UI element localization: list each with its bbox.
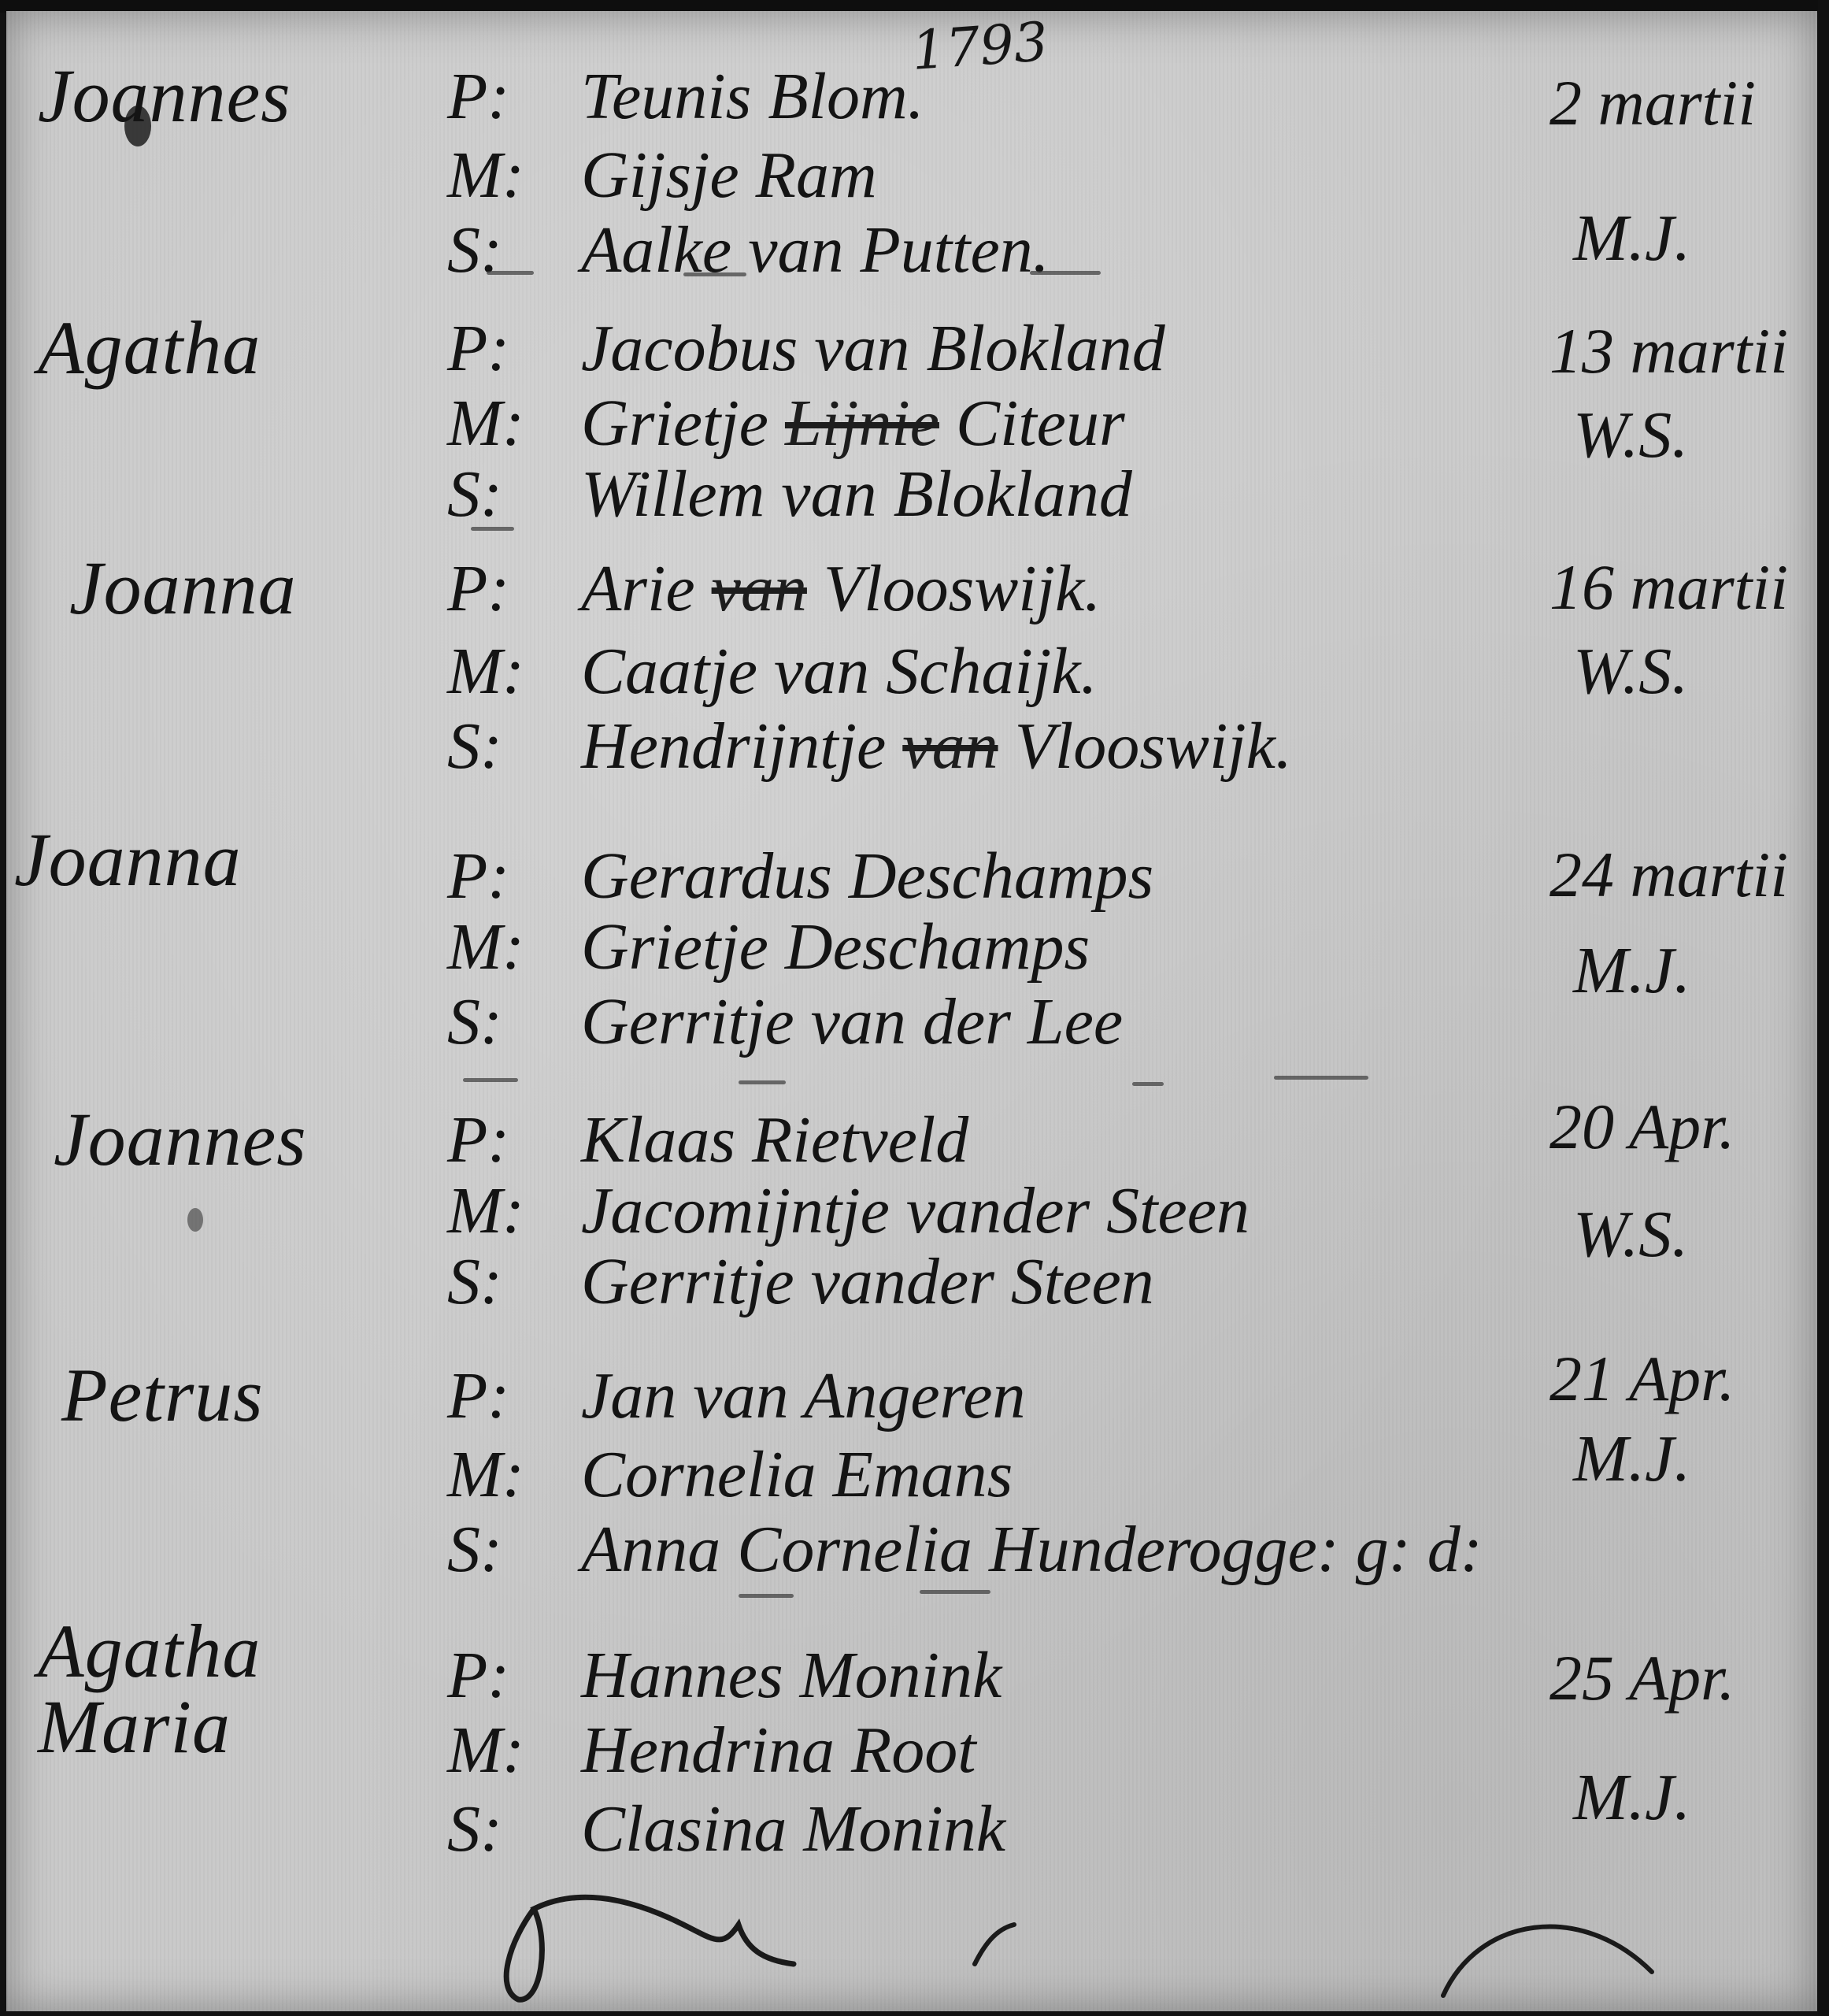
- officiant-initials: M.J.: [1573, 932, 1690, 1009]
- sponsor-surname: Vlooswijk.: [1015, 708, 1292, 784]
- separator-dash: [487, 271, 534, 275]
- father-line: P:Klaas Rietveld: [447, 1102, 968, 1173]
- role-label-sponsor: S:: [447, 1791, 581, 1867]
- mother-name: Gijsje Ram: [581, 137, 877, 213]
- role-label-mother: M:: [447, 1436, 581, 1513]
- mother-name: Hendrina Root: [581, 1712, 976, 1788]
- role-label-sponsor: S:: [447, 1511, 581, 1588]
- mother-name: Caatje van Schaijk.: [581, 633, 1098, 710]
- role-label-father: P:: [447, 58, 581, 135]
- sponsor-line: S:Gerritje vander Steen: [447, 1243, 1154, 1314]
- sponsor-line: S:Anna Cornelia Hunderogge: g: d:: [447, 1511, 1483, 1582]
- sponsor-name: Gerritje vander Steen: [581, 1243, 1154, 1320]
- father-line: P:Arie van Vlooswijk.: [447, 550, 1101, 621]
- child-name: Petrus: [61, 1358, 264, 1433]
- role-label-mother: M:: [447, 633, 581, 710]
- sponsor-name: Clasina Monink: [581, 1791, 1005, 1867]
- struck-out-text: van: [712, 550, 807, 627]
- baptism-date: 25 Apr.: [1549, 1641, 1735, 1715]
- child-name: Joannes: [38, 58, 291, 134]
- sponsor-name: Gerritje van der Lee: [581, 984, 1123, 1060]
- officiant-initials: M.J.: [1573, 200, 1690, 276]
- separator-dash: [1274, 1076, 1368, 1080]
- baptism-date: 21 Apr.: [1549, 1342, 1735, 1416]
- separator-dash: [1030, 271, 1101, 275]
- role-label-sponsor: S:: [447, 1243, 581, 1320]
- mother-name: Jacomijntje vander Steen: [581, 1173, 1250, 1249]
- sponsor-first-name: Hendrijntje: [581, 708, 886, 784]
- role-label-sponsor: S:: [447, 212, 581, 288]
- officiant-initials: W.S.: [1573, 397, 1688, 473]
- father-line: P:Hannes Monink: [447, 1637, 1002, 1708]
- role-label-father: P:: [447, 310, 581, 387]
- struck-out-text: van: [902, 708, 998, 784]
- baptism-date: 13 martii: [1549, 314, 1788, 388]
- sponsor-line: S:Willem van Blokland: [447, 456, 1132, 527]
- sponsor-line: S:Aalke van Putten.: [447, 212, 1050, 283]
- separator-dash: [739, 1594, 794, 1598]
- role-label-mother: M:: [447, 1712, 581, 1788]
- role-label-father: P:: [447, 1102, 581, 1178]
- role-label-father: P:: [447, 1358, 581, 1434]
- mother-line: M:Grietje Lijnie Citeur: [447, 385, 1125, 456]
- role-label-mother: M:: [447, 1173, 581, 1249]
- child-name: Agatha Maria: [38, 1614, 368, 1765]
- sponsor-name: Anna Cornelia Hunderogge: g: d:: [581, 1511, 1483, 1588]
- father-line: P:Jan van Angeren: [447, 1358, 1026, 1429]
- separator-dash: [683, 272, 746, 276]
- father-name: Teunis Blom.: [581, 58, 924, 135]
- sponsor-name: Aalke van Putten.: [581, 212, 1050, 288]
- mother-line: M:Grietje Deschamps: [447, 909, 1090, 980]
- mother-line: M:Jacomijntje vander Steen: [447, 1173, 1250, 1243]
- father-line: P:Teunis Blom.: [447, 58, 924, 129]
- baptism-date: 20 Apr.: [1549, 1090, 1735, 1164]
- father-name: Gerardus Deschamps: [581, 838, 1153, 914]
- officiant-initials: M.J.: [1573, 1421, 1690, 1497]
- mother-surname: Citeur: [956, 385, 1125, 461]
- separator-dash: [739, 1080, 786, 1084]
- father-name: Jan van Angeren: [581, 1358, 1026, 1434]
- father-line: P:Jacobus van Blokland: [447, 310, 1165, 381]
- role-label-mother: M:: [447, 909, 581, 985]
- mother-name: Grietje Deschamps: [581, 909, 1090, 985]
- separator-dash: [471, 527, 514, 531]
- role-label-mother: M:: [447, 385, 581, 461]
- role-label-sponsor: S:: [447, 708, 581, 784]
- role-label-father: P:: [447, 1637, 581, 1714]
- father-first-name: Arie: [581, 550, 695, 627]
- child-name: Agatha: [38, 310, 261, 386]
- father-surname: Vlooswijk.: [824, 550, 1101, 627]
- officiant-initials: W.S.: [1573, 633, 1688, 710]
- struck-out-text: Lijnie: [785, 385, 939, 461]
- sponsor-line: S:Gerritje van der Lee: [447, 984, 1123, 1054]
- role-label-sponsor: S:: [447, 456, 581, 532]
- register-page: 1793 Joannes P:Teunis Blom. M:Gijsje Ram…: [6, 11, 1817, 2011]
- father-line: P:Gerardus Deschamps: [447, 838, 1153, 909]
- mother-line: M:Gijsje Ram: [447, 137, 877, 208]
- child-name: Joannes: [54, 1102, 307, 1177]
- mother-line: M:Cornelia Emans: [447, 1436, 1013, 1507]
- mother-name: Cornelia Emans: [581, 1436, 1013, 1513]
- ink-spot: [187, 1208, 203, 1232]
- scan-right-border: [1818, 0, 1829, 2016]
- separator-dash: [920, 1590, 990, 1594]
- baptism-date: 2 martii: [1549, 66, 1756, 140]
- page-year: 1793: [909, 11, 1050, 83]
- sponsor-name: Willem van Blokland: [581, 456, 1132, 532]
- mother-first-name: Grietje: [581, 385, 768, 461]
- separator-dash: [1132, 1082, 1164, 1086]
- role-label-father: P:: [447, 838, 581, 914]
- sponsor-line: S:Hendrijntje van Vlooswijk.: [447, 708, 1292, 779]
- father-name: Jacobus van Blokland: [581, 310, 1165, 387]
- closing-flourish: [463, 1893, 1801, 2011]
- officiant-initials: M.J.: [1573, 1759, 1690, 1836]
- child-name: Joanna: [14, 822, 242, 898]
- mother-line: M:Caatje van Schaijk.: [447, 633, 1098, 704]
- baptism-date: 24 martii: [1549, 838, 1788, 912]
- father-name: Hannes Monink: [581, 1637, 1002, 1714]
- role-label-father: P:: [447, 550, 581, 627]
- role-label-mother: M:: [447, 137, 581, 213]
- separator-dash: [463, 1078, 518, 1082]
- mother-line: M:Hendrina Root: [447, 1712, 976, 1783]
- sponsor-line: S:Clasina Monink: [447, 1791, 1005, 1862]
- role-label-sponsor: S:: [447, 984, 581, 1060]
- baptism-date: 16 martii: [1549, 550, 1788, 624]
- father-name: Klaas Rietveld: [581, 1102, 968, 1178]
- officiant-initials: W.S.: [1573, 1196, 1688, 1273]
- child-name: Joanna: [69, 550, 297, 626]
